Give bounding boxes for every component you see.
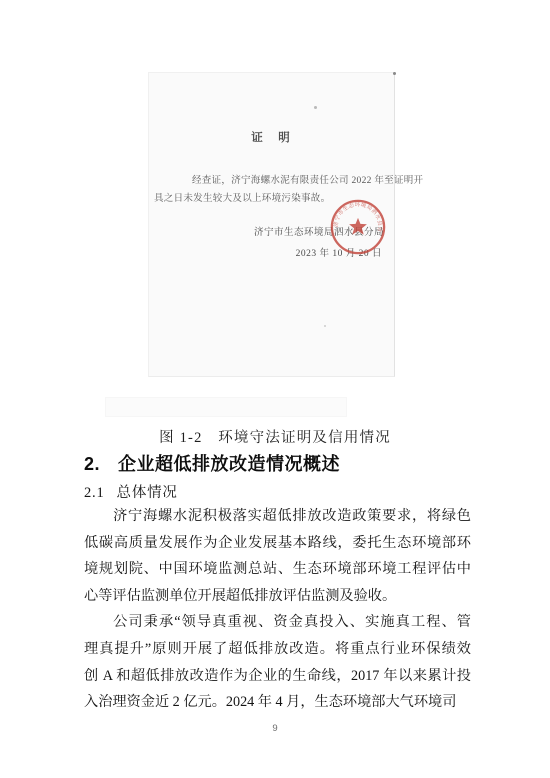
paragraph-1-line-1: 济宁海螺水泥积极落实超低排放改造政策要求，将绿色 (84, 503, 471, 530)
certificate-scan-image: 证 明 经查证，济宁海螺水泥有限责任公司 2022 年至证明开 具之日未发生较大… (148, 72, 395, 377)
official-red-stamp-icon: 济宁市生态环境局泗水县分局 (329, 198, 387, 256)
certificate-body-line-2: 具之日未发生较大及以上环境污染事故。 (154, 190, 330, 204)
subsection-heading: 2.1 总体情况 (84, 481, 178, 502)
subsection-title: 总体情况 (117, 481, 178, 502)
subsection-number: 2.1 (84, 485, 105, 502)
page-number: 9 (0, 723, 550, 734)
certificate-title: 证 明 (149, 129, 394, 145)
scan-strip-fragment (105, 397, 347, 417)
section-title: 企业超低排放改造情况概述 (118, 450, 340, 476)
stamp-star-icon (349, 218, 367, 235)
document-page: 证 明 经查证，济宁海螺水泥有限责任公司 2022 年至证明开 具之日未发生较大… (0, 0, 550, 778)
body-text: 济宁海螺水泥积极落实超低排放改造政策要求，将绿色 低碳高质量发展作为企业发展基本… (84, 503, 471, 716)
scan-noise-speck (314, 106, 317, 109)
certificate-body-line-1: 经查证，济宁海螺水泥有限责任公司 2022 年至证明开 (192, 172, 423, 186)
paragraph-1-line-2: 低碳高质量发展作为企业发展基本路线，委托生态环境部环 (84, 530, 471, 557)
paragraph-1-line-3: 境规划院、中国环境监测总站、生态环境部环境工程评估中 (84, 556, 471, 583)
paragraph-2-line-3: 创 A 和超低排放改造作为企业的生命线，2017 年以来累计投 (84, 663, 471, 690)
scan-noise-speck (324, 325, 326, 327)
paragraph-1-line-4: 心等评估监测单位开展超低排放评估监测及验收。 (84, 583, 471, 610)
figure-caption: 图 1-2 环境守法证明及信用情况 (0, 426, 550, 447)
scan-noise-speck (393, 72, 396, 75)
paragraph-2-line-4: 入治理资金近 2 亿元。2024 年 4 月，生态环境部大气环境司 (84, 689, 471, 716)
paragraph-2-line-1: 公司秉承“领导真重视、资金真投入、实施真工程、管 (84, 609, 471, 636)
paragraph-2-line-2: 理真提升”原则开展了超低排放改造。将重点行业环保绩效 (84, 636, 471, 663)
section-number: 2. (84, 454, 100, 475)
section-heading: 2. 企业超低排放改造情况概述 (84, 450, 340, 476)
